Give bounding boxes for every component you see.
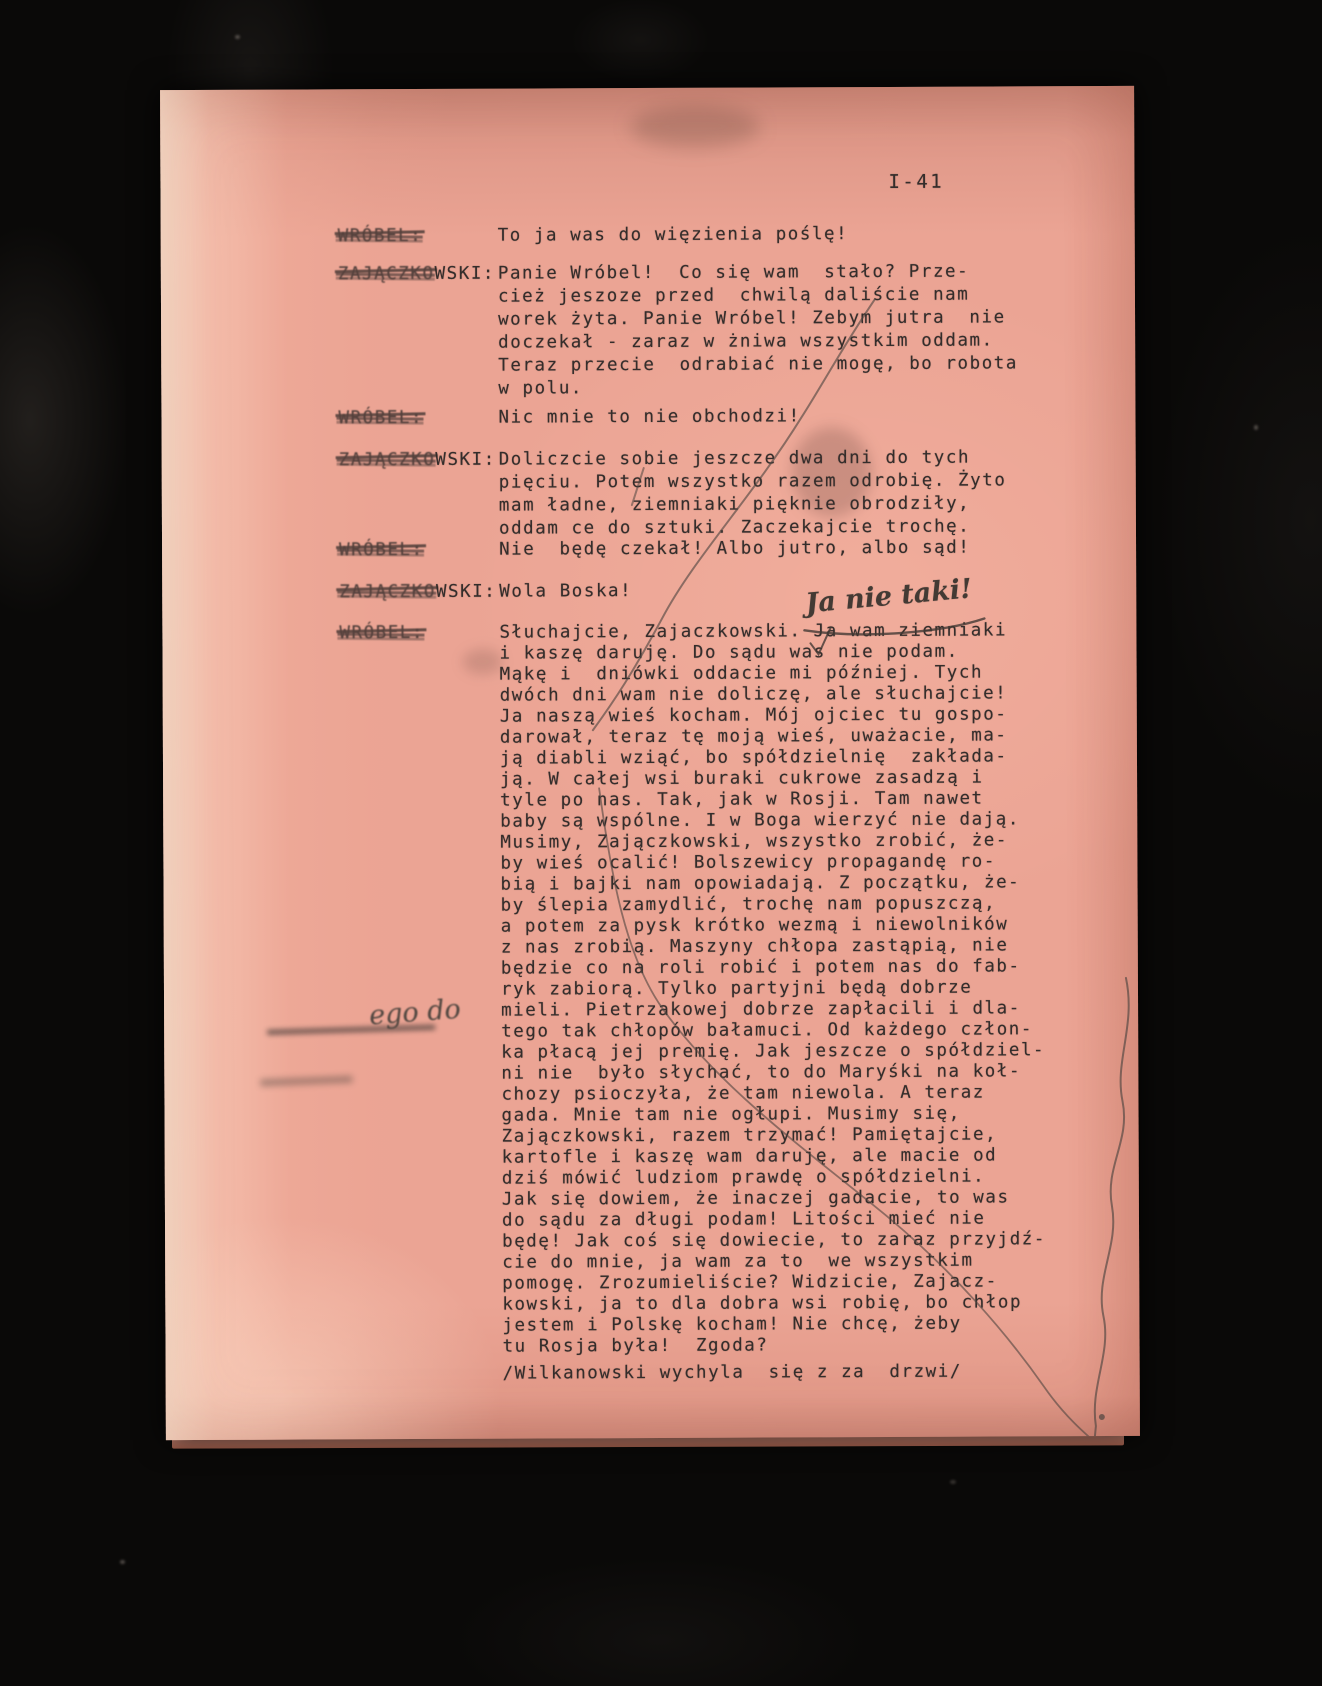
- paper-sheet: I-41 WRÓBEL: To ja was do więzienia pośl…: [160, 86, 1140, 1440]
- speaker-name-struck: WRÓBEL:: [338, 407, 423, 430]
- dust-speck: [1254, 425, 1258, 430]
- dust-speck: [950, 1480, 956, 1484]
- dialogue-entry: ZAJĄCZKOWSKI: Doliczcie sobie jeszcze dw…: [339, 446, 1099, 541]
- dialogue-text: Słuchajcie, Zajaczkowski. Ja wam ziemnia…: [499, 620, 1102, 1358]
- dust-speck: [120, 1560, 125, 1564]
- speaker-label: WRÓBEL:: [338, 407, 423, 430]
- dialogue-text: Wola Boska!: [499, 578, 1099, 604]
- speaker-name-struck: WRÓBEL:: [338, 225, 423, 248]
- dialogue-entry: ZAJĄCZKOWSKI: Wola Boska!: [339, 578, 1099, 604]
- speaker-name-struck: WRÓBEL:: [339, 539, 424, 562]
- speaker-name-struck: WRÓBEL:: [339, 623, 424, 644]
- speaker-label: ZAJĄCZKOWSKI:: [339, 449, 496, 473]
- dialogue-entry: WRÓBEL: To ja was do więzienia poślę!: [338, 222, 1098, 248]
- pencil-dot: [1099, 1414, 1105, 1420]
- dialogue-entry: ZAJĄCZKOWSKI: Panie Wróbel! Co się wam s…: [338, 260, 1099, 401]
- dialogue-text: Panie Wróbel! Co się wam stało? Prze- ci…: [498, 260, 1099, 401]
- dialogue-text: Nie będę czekał! Albo jutro, albo sąd!: [499, 536, 1099, 562]
- pencil-smear: [260, 1076, 352, 1087]
- speaker-label: WRÓBEL:: [339, 623, 424, 644]
- speaker-name-clear: WSKI:: [435, 450, 496, 470]
- speaker-label: ZAJĄCZKOWSKI:: [339, 581, 496, 605]
- speaker-name-struck: ZAJĄCZKO: [338, 263, 435, 286]
- dialogue-text: Nic mnie to nie obchodzi!: [498, 404, 1098, 430]
- ink-smudge: [630, 106, 760, 149]
- speaker-name-struck: ZAJĄCZKO: [339, 449, 436, 472]
- dialogue-text: Doliczcie sobie jeszcze dwa dni do tych …: [499, 446, 1099, 541]
- dust-speck: [235, 35, 240, 39]
- speaker-label: ZAJĄCZKOWSKI:: [338, 263, 495, 287]
- dialogue-entry: WRÓBEL: Nic mnie to nie obchodzi!: [338, 404, 1098, 430]
- dialogue-entry: WRÓBEL: Słuchajcie, Zajaczkowski. Ja wam…: [339, 620, 1102, 1358]
- stage-direction: /Wilkanowski wychyla się z za drzwi/: [503, 1361, 962, 1386]
- speaker-label: WRÓBEL:: [339, 539, 424, 562]
- dialogue-text: To ja was do więzienia poślę!: [498, 222, 1098, 248]
- speaker-label: WRÓBEL:: [338, 225, 423, 248]
- speaker-name-clear: WSKI:: [436, 582, 497, 602]
- dialogue-entry: WRÓBEL: Nie będę czekał! Albo jutro, alb…: [339, 536, 1099, 562]
- page-number: I-41: [888, 171, 944, 193]
- speaker-name-clear: WSKI:: [435, 264, 496, 284]
- speaker-name-struck: ZAJĄCZKO: [339, 581, 436, 604]
